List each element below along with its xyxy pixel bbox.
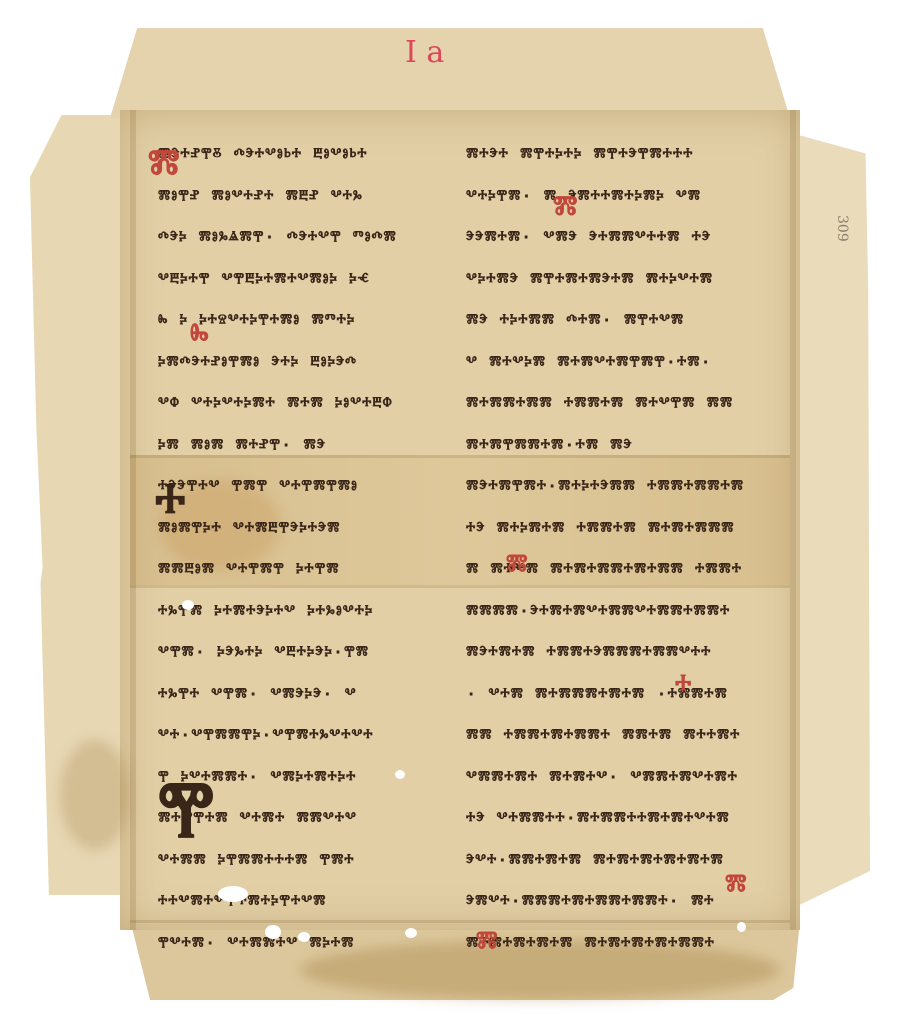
rubricated-initial: ⰿ (725, 868, 747, 903)
parchment-hole (298, 932, 310, 942)
text-line: ⰲⰿⰿⰰⰿⰰ ⰿⰰⰿⰰⰲ· ⰲⰿⰿⰰⰿⰲⰰⰿⰰ (466, 758, 766, 800)
rubricated-initial: ⰿ (476, 925, 498, 960)
decorated-initial: ⰹ (158, 760, 214, 867)
parchment-hole (218, 886, 248, 902)
text-line: ⰲⰰⰽⰹⰿ· ⰿ ⰵⰿⰰⰰⰿⰰⰽⰿⰽ ⰲⰿ (466, 177, 766, 219)
text-line: ⰲⰽⰰⰿⰵ ⰿⰹⰰⰿⰰⰿⰵⰰⰿ ⰿⰰⰽⰲⰰⰿ (466, 260, 766, 302)
text-line: ⰿⰰⰿⰰⰿⰰⰿⰰⰿ ⰿⰰⰿⰰⰿⰰⰿⰰⰿⰿⰰ (466, 924, 766, 966)
text-line: ⰿⰿ ⰰⰿⰿⰰⰿⰰⰿⰿⰰ ⰿⰿⰰⰿ ⰿⰰⰰⰿⰰ (466, 716, 766, 758)
rubricated-initial: ⰰ (675, 668, 691, 703)
text-line: ⰽⰿ ⰿⱁⰿ ⰿⰰⱀⰹ· ⰿⰵ (158, 426, 443, 468)
parchment-top-flap (110, 28, 790, 118)
text-line: ⰵⰿⰲⰰ·ⰿⰿⰿⰰⰿⰰⰿⰿⰰⰿⰿⰰ· ⰿⰰ (466, 882, 766, 924)
text-line: ⰿⰰⰿⰹⰿⰿⰰⰿ·ⰰⰿ ⰿⰵ (466, 426, 766, 468)
text-line: ⰰⰵ ⰲⰰⰿⰿⰰⰰ·ⰿⰰⰿⰿⰰⰰⰿⰰⰿⰰⰲⰰⰿ (466, 799, 766, 841)
text-line: ⰿⱁⰿⰹⰽⰰ ⰲⰰⰿⰱⰹⰵⰽⰰⰵⰿ (158, 509, 443, 551)
text-line: ⰲⰱⰽⰰⰹ ⰲⰹⰱⰽⰰⰿⰰⰲⰿⱁⰽ ⰽⱕ (158, 260, 443, 302)
text-line: ⰰⰵⰵⰹⰰⰲ ⰹⰿⰹ ⰲⰰⰹⰿⰹⰿⱁ (158, 467, 443, 509)
text-line: ⰿⰿⰿⰿ·ⰵⰰⰿⰰⰿⰲⰰⰿⰿⰲⰰⰿⰿⰰⰿⰿⰰ (466, 592, 766, 634)
text-line: ⰰⰵ ⰿⰰⰽⰿⰰⰿ ⰰⰿⰿⰰⰿ ⰿⰰⰿⰰⰿⰿⰿ (466, 509, 766, 551)
text-line: ⰲⰰ·ⰲⰹⰿⰿⰹⰽ·ⰲⰹⰿⰰⰳⰲⰰⰲⰰ (158, 716, 443, 758)
text-line: ⰵⰵⰿⰰⰿ· ⰲⰿⰵ ⰵⰰⰿⰿⰲⰰⰰⰿ ⰰⰵ (466, 218, 766, 260)
text-line: ⰴⰵⰽ ⰿⱁⰳⱑⰿⰹ· ⰴⰵⰰⰲⰹ ⱅⱁⰴⰿ (158, 218, 443, 260)
parchment-hole (737, 922, 746, 932)
rubricated-initial: ⰸ (190, 315, 209, 355)
text-line: ⰿⰵⰰⱀⰹⰻ ⰴⰵⰰⰲⱁⱃⰰ ⰱⱁⰲⱁⱃⰰ (158, 135, 443, 177)
text-line: ⰵⰲⰰ·ⰿⰿⰰⰿⰰⰿ ⰿⰰⰿⰰⰿⰰⰿⰰⰿⰰⰿ (466, 841, 766, 883)
stain (60, 740, 130, 850)
text-line: ⰹⰲⰰⰿ· ⰲⰰⰿⰿⰰⰲ ⰿⰽⰰⰿ (158, 924, 443, 966)
text-line: ⰲ ⰿⰰⰲⰽⰿ ⰿⰰⰿⰲⰰⰿⰹⰿⰹ·ⰰⰿ· (466, 343, 766, 385)
text-line: ⰰⰳⰹⰿ ⰽⰰⰿⰰⰵⰽⰰⰲ ⰽⰰⰳⱁⰲⰰⰽ (158, 592, 443, 634)
margin-note: 309 (834, 215, 850, 242)
text-line: ⰿⰵⰰⰿⰹⰿⰰ·ⰿⰰⰽⰰⰵⰿⰿ ⰰⰿⰿⰰⰿⰿⰰⰿ (466, 467, 766, 509)
text-line: ⰿⰵ ⰰⰽⰰⰿⰿ ⰴⰰⰿ· ⰿⰹⰰⰲⰿ (466, 301, 766, 343)
rubricated-initial: ⰿ (553, 188, 577, 228)
folio-marking: I a (405, 35, 444, 70)
text-line: ⰿⰰⰿⰿⰰⰿⰿ ⰰⰿⰿⰰⰿ ⰿⰰⰲⰹⰿ ⰿⰿ (466, 384, 766, 426)
text-line: ⰿⰵⰰⰿⰰⰿ ⰰⰿⰿⰰⰵⰿⰿⰿⰰⰿⰿⰲⰰⰰ (466, 633, 766, 675)
text-line: ⰿⰰⰵⰰ ⰿⰹⰰⰽⰰⰽ ⰿⰹⰰⰵⰹⰿⰰⰰⰰ (466, 135, 766, 177)
parchment-hole (265, 925, 281, 939)
decorated-initial: ⰰ (155, 470, 185, 537)
parchment-hole (405, 928, 417, 938)
fold-line-left (130, 110, 136, 930)
text-line: ⰿⰿⰱⱁⰿ ⰲⰰⰹⰿⰹ ⰽⰰⰹⰿ (158, 550, 443, 592)
text-line: ⰰⰳⰹⰰ ⰲⰹⰿ· ⰲⰿⰵⰽⰵ· ⰲ (158, 675, 443, 717)
text-line: · ⰲⰰⰿ ⰿⰰⰿⰿⰿⰰⰿⰰⰿ ·ⰰⰿⰿⰰⰿ (466, 675, 766, 717)
text-line: ⰲⱇ ⰲⰰⰽⰲⰰⰽⰿⰰ ⰿⰰⰿ ⰽⱁⰲⰰⰱⱇ (158, 384, 443, 426)
parchment-hole (395, 770, 405, 779)
text-line: ⰰⰰⰲⰿⰰⰲⰹⰰⰿⰰⰽⰹⰰⰲⰿ (158, 882, 443, 924)
rubricated-initial: ⰿ (148, 140, 180, 191)
fold-line-right (790, 110, 796, 930)
parchment-hole (182, 600, 194, 610)
rubricated-initial: ⰿ (506, 548, 528, 583)
text-line: ⰲⰹⰿ· ⰽⰵⰳⰰⰽ ⰲⰱⰰⰽⰵⰽ·ⰹⰿ (158, 633, 443, 675)
text-line: ⰿⱁⰹⱀ ⰿⱁⰲⰰⱀⰰ ⰿⰱⱀ ⰲⰰⰳ (158, 177, 443, 219)
